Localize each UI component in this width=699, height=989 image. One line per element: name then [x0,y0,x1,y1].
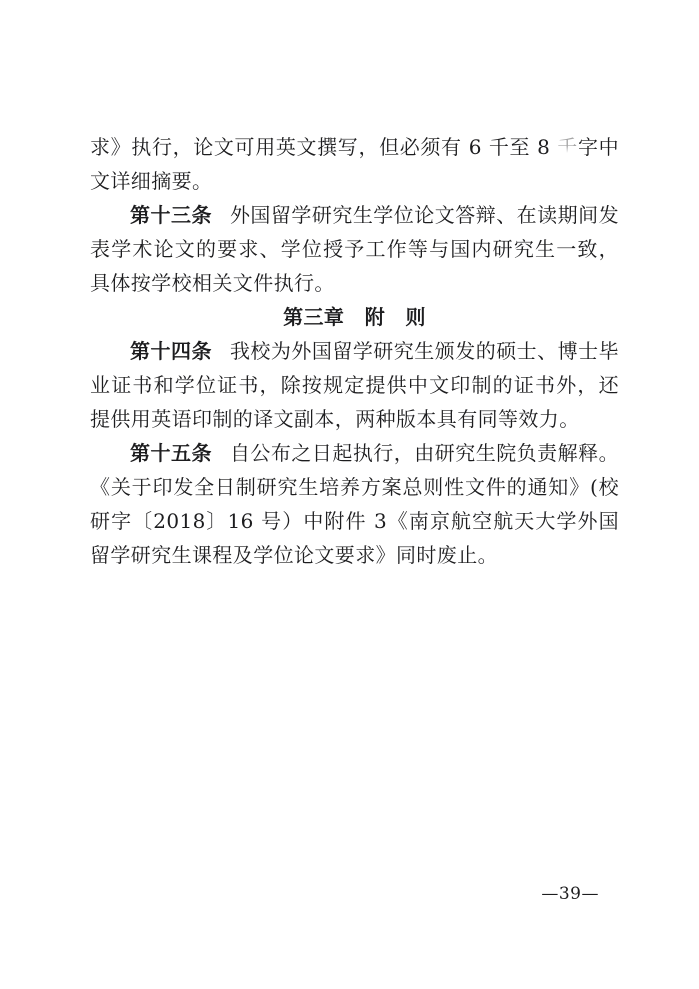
article-13-term: 第十三条 [130,203,212,227]
page-number: —39— [541,884,599,904]
chapter-3-heading: 第三章 附 则 [90,300,619,334]
paragraph-article-15: 第十五条自公布之日起执行，由研究生院负责解释。《关于印发全日制研究生培养方案总则… [90,436,619,572]
document-page: 求》执行，论文可用英文撰写，但必须有 6 千至 8 千字中文详细摘要。 第十三条… [0,0,699,989]
paragraph-article-14: 第十四条我校为外国留学研究生颁发的硕士、博士毕业证书和学位证书，除按规定提供中文… [90,334,619,436]
paragraph-continuation: 求》执行，论文可用英文撰写，但必须有 6 千至 8 千字中文详细摘要。 [90,130,619,198]
article-15-term: 第十五条 [130,441,212,465]
paragraph-continuation-text-lead: 求》执行，论文可用英文撰写，但必须有 6 千至 8 [90,135,557,159]
document-content: 求》执行，论文可用英文撰写，但必须有 6 千至 8 千字中文详细摘要。 第十三条… [90,130,619,572]
article-14-term: 第十四条 [130,339,212,363]
paragraph-article-13: 第十三条外国留学研究生学位论文答辩、在读期间发表学术论文的要求、学位授予工作等与… [90,198,619,300]
faded-character: 千 [557,135,578,159]
